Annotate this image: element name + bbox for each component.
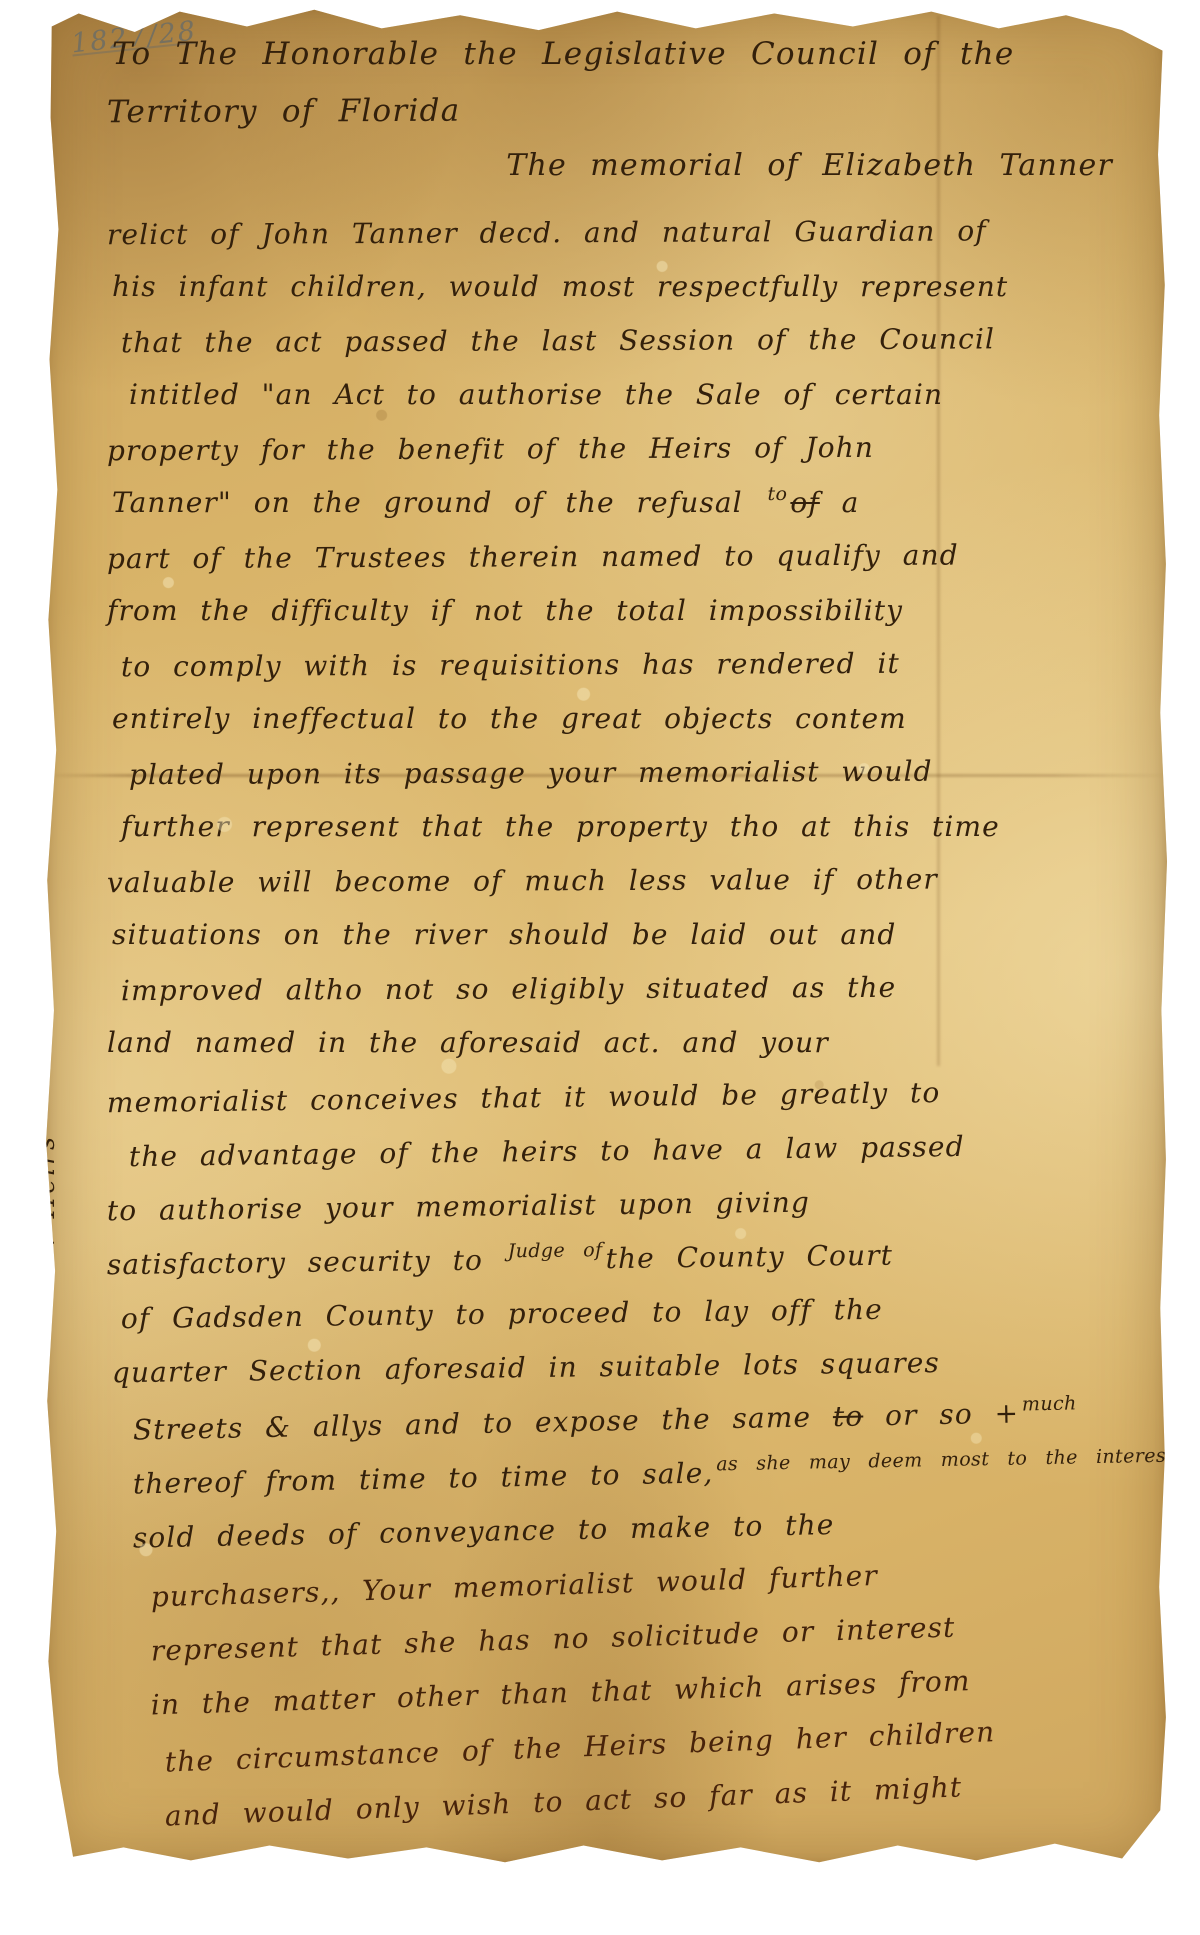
- handwritten-line: valuable will become of much less value …: [107, 862, 1127, 920]
- handwritten-line: to comply with is requisitions has rende…: [121, 646, 1127, 704]
- line-text: improved altho not so eligibly situated …: [121, 971, 896, 1007]
- scanned-document: 1827/28 + Heirs To The Honorable the Leg…: [0, 0, 1200, 1935]
- line-text: valuable will become of much less value …: [107, 863, 938, 900]
- handwritten-line: The memorial of Elizabeth Tanner: [121, 148, 1127, 208]
- handwritten-line: plated upon its passage your memorialist…: [129, 754, 1127, 812]
- handwritten-line: entirely ineffectual to the great object…: [112, 702, 1127, 756]
- handwritten-line: land named in the aforesaid act. and you…: [107, 1026, 1127, 1080]
- line-text: intitled "an Act to authorise the Sale o…: [129, 378, 943, 411]
- line-text: satisfactory security to: [107, 1243, 505, 1281]
- handwritten-line: situations on the river should be laid o…: [112, 918, 1127, 972]
- handwritten-line: part of the Trustees therein named to qu…: [107, 538, 1127, 596]
- line-text: Territory of Florida: [107, 93, 461, 131]
- interlineated-insertion: to: [768, 483, 788, 505]
- line-text: memorialist conceives that it would be g…: [107, 1076, 941, 1119]
- handwritten-line: relict of John Tanner decd. and natural …: [107, 214, 1127, 272]
- handwritten-line: his infant children, would most respectf…: [112, 270, 1127, 324]
- line-text: land named in the aforesaid act. and you…: [107, 1026, 829, 1059]
- struck-through-word: of: [790, 486, 819, 519]
- document-paper: 1827/28 + Heirs To The Honorable the Leg…: [45, 6, 1167, 1866]
- handwritten-line: Territory of Florida: [107, 90, 1127, 150]
- handwritten-line: further represent that the property tho …: [121, 810, 1127, 864]
- line-text: relict of John Tanner decd. and natural …: [107, 214, 987, 251]
- line-text: part of the Trustees therein named to qu…: [107, 539, 959, 576]
- line-text: to comply with is requisitions has rende…: [121, 647, 900, 683]
- line-text: Tanner" on the ground of the refusal: [112, 486, 765, 519]
- handwritten-line: that the act passed the last Session of …: [121, 322, 1127, 380]
- line-text: that the act passed the last Session of …: [121, 322, 995, 359]
- line-text: The memorial of Elizabeth Tanner: [506, 148, 1113, 183]
- handwritten-line: intitled "an Act to authorise the Sale o…: [129, 378, 1127, 432]
- line-text: property for the benefit of the Heirs of…: [107, 431, 874, 467]
- line-text: a: [820, 486, 860, 519]
- handwritten-line: improved altho not so eligibly situated …: [121, 970, 1127, 1028]
- interlineated-insertion: much: [1022, 1393, 1077, 1416]
- margin-insertion-note: + Heirs: [31, 1134, 60, 1253]
- handwritten-line: property for the benefit of the Heirs of…: [107, 430, 1127, 488]
- line-text: situations on the river should be laid o…: [112, 918, 896, 951]
- line-text: entirely ineffectual to the great object…: [112, 702, 907, 735]
- line-text: further represent that the property tho …: [121, 810, 1000, 843]
- handwritten-line: Tanner" on the ground of the refusal too…: [112, 486, 1127, 540]
- struck-through-word: to: [833, 1400, 864, 1434]
- handwritten-line: To The Honorable the Legislative Council…: [112, 36, 1127, 92]
- line-text: his infant children, would most respectf…: [112, 270, 1008, 303]
- line-text: To The Honorable the Legislative Council…: [112, 36, 1014, 72]
- document-lines: To The Honorable the Legislative Council…: [107, 36, 1127, 1836]
- line-text: from the difficulty if not the total imp…: [107, 594, 903, 627]
- line-text: or so +: [863, 1397, 1019, 1433]
- line-text: plated upon its passage your memorialist…: [129, 755, 933, 792]
- interlineated-insertion: Judge of: [508, 1239, 603, 1262]
- line-text: the County Court: [605, 1239, 893, 1276]
- handwritten-line: from the difficulty if not the total imp…: [107, 594, 1127, 648]
